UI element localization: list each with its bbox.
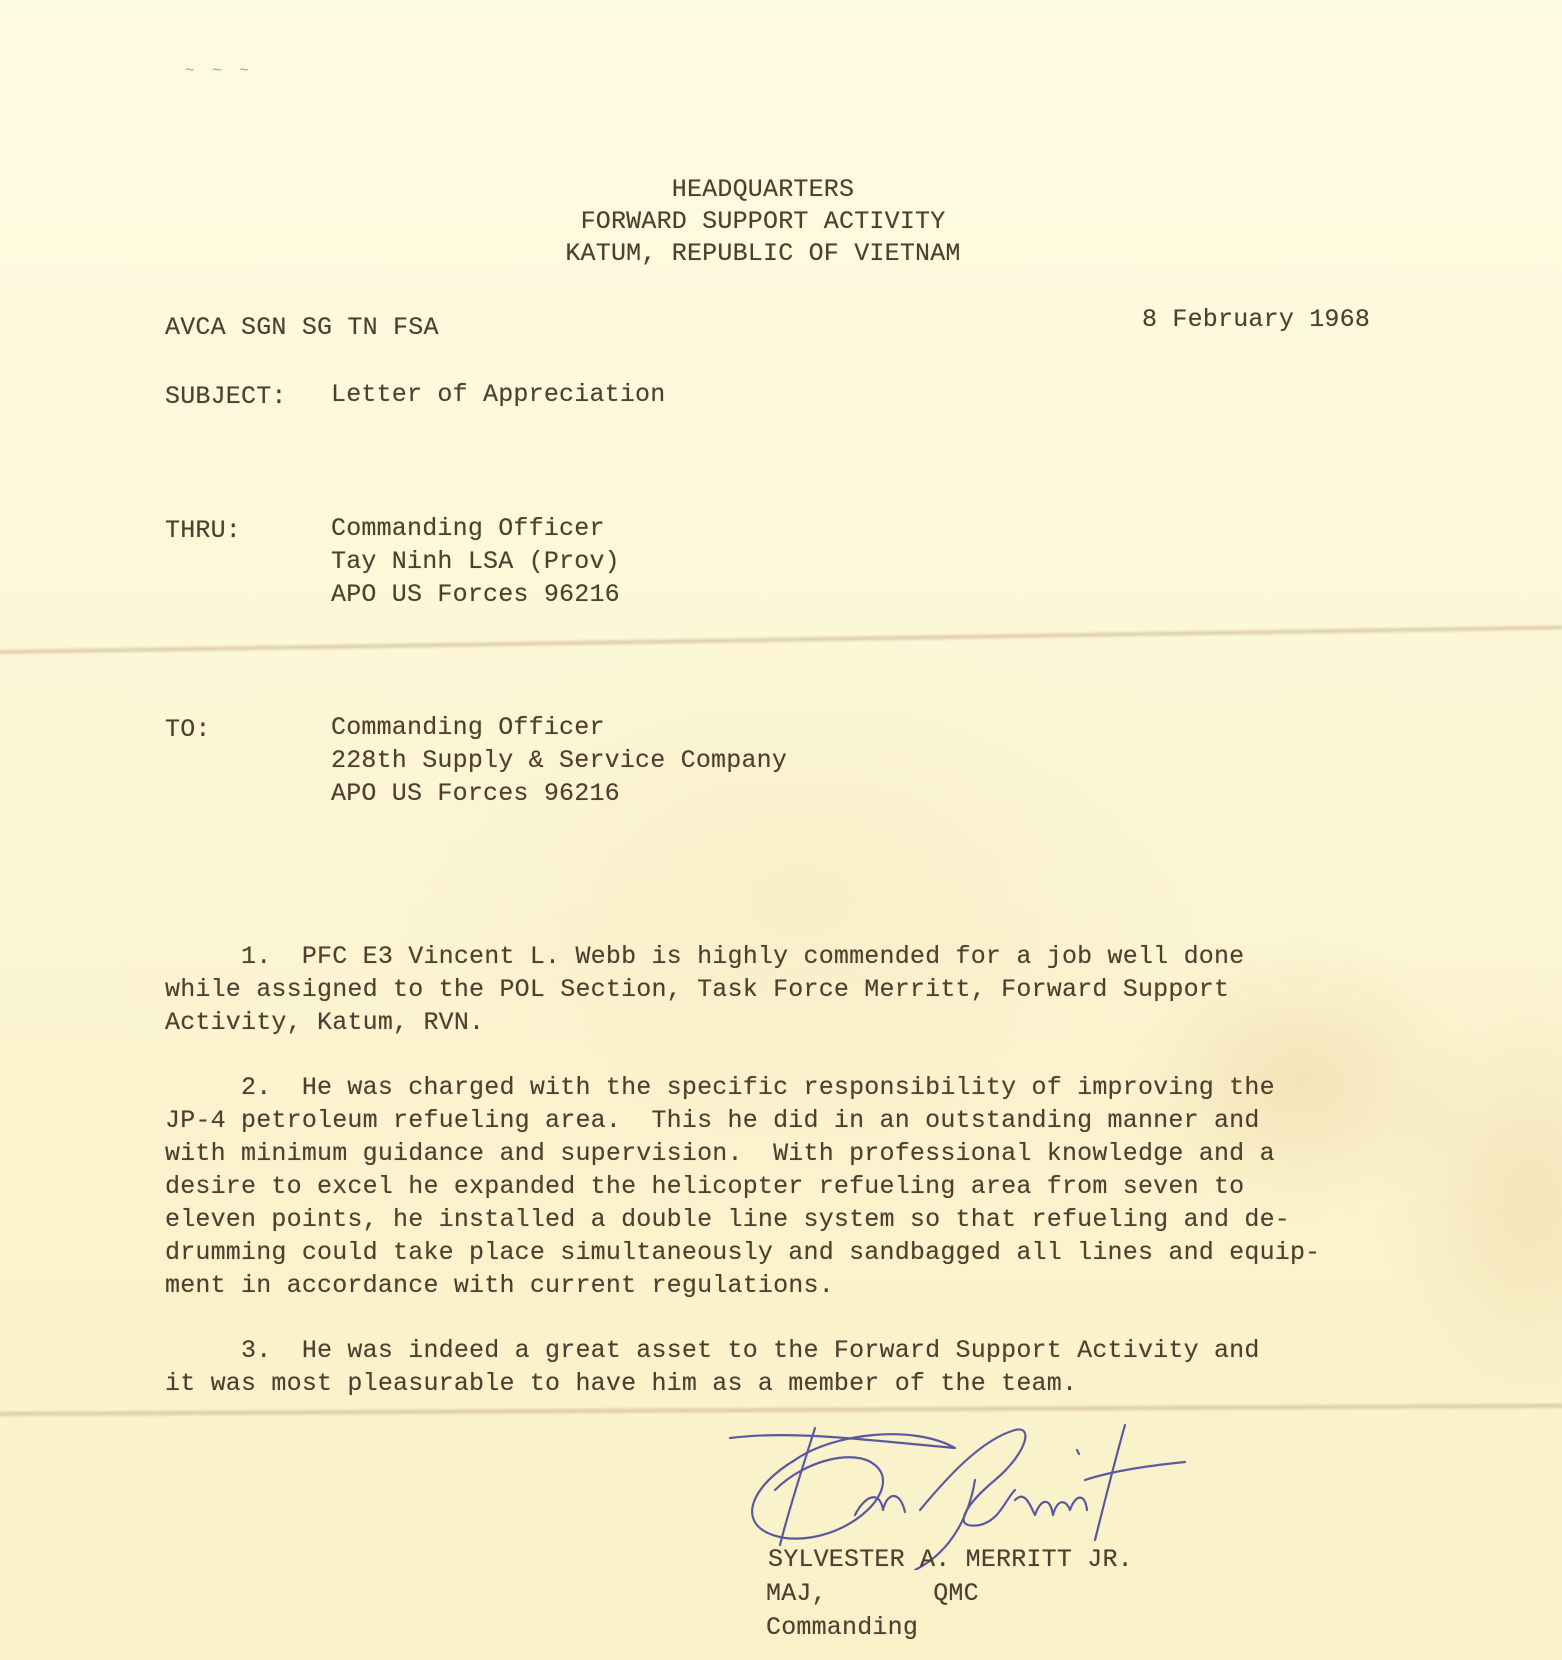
body-line: 2. He was charged with the specific resp…: [165, 1071, 1275, 1104]
body-line: JP-4 petroleum refueling area. This he d…: [165, 1104, 1260, 1137]
subject-label: SUBJECT:: [165, 380, 287, 413]
thru-label: THRU:: [165, 514, 241, 547]
body-line: while assigned to the POL Section, Task …: [165, 973, 1229, 1006]
to-label: TO:: [165, 713, 211, 746]
subject-value: Letter of Appreciation: [331, 378, 665, 411]
body-line: 1. PFC E3 Vincent L. Webb is highly comm…: [165, 940, 1244, 973]
body-line: ment in accordance with current regulati…: [165, 1269, 834, 1302]
thru-line: Commanding Officer: [331, 512, 605, 545]
signer-title: Commanding: [766, 1611, 918, 1644]
to-line: 228th Supply & Service Company: [331, 744, 787, 777]
signer-name: SYLVESTER A. MERRITT JR.: [768, 1543, 1133, 1576]
stray-marks: ~ ~ ~: [185, 62, 253, 80]
thru-line: Tay Ninh LSA (Prov): [331, 545, 620, 578]
letterhead-line-1: HEADQUARTERS: [0, 173, 1526, 206]
body-line: eleven points, he installed a double lin…: [165, 1203, 1290, 1236]
body-line: with minimum guidance and supervision. W…: [165, 1137, 1275, 1170]
office-symbol: AVCA SGN SG TN FSA: [165, 311, 439, 344]
body-line: desire to excel he expanded the helicopt…: [165, 1170, 1244, 1203]
body-line: Activity, Katum, RVN.: [165, 1006, 484, 1039]
to-line: APO US Forces 96216: [331, 777, 620, 810]
letter-date: 8 February 1968: [1142, 303, 1370, 336]
thru-line: APO US Forces 96216: [331, 578, 620, 611]
letterhead-line-2: FORWARD SUPPORT ACTIVITY: [0, 205, 1526, 238]
body-line: 3. He was indeed a great asset to the Fo…: [165, 1334, 1260, 1367]
body-line: drumming could take place simultaneously…: [165, 1236, 1320, 1269]
to-line: Commanding Officer: [331, 711, 605, 744]
letterhead-line-3: KATUM, REPUBLIC OF VIETNAM: [0, 237, 1526, 270]
signer-rank: MAJ, QMC: [766, 1577, 979, 1610]
body-line: it was most pleasurable to have him as a…: [165, 1367, 1077, 1400]
